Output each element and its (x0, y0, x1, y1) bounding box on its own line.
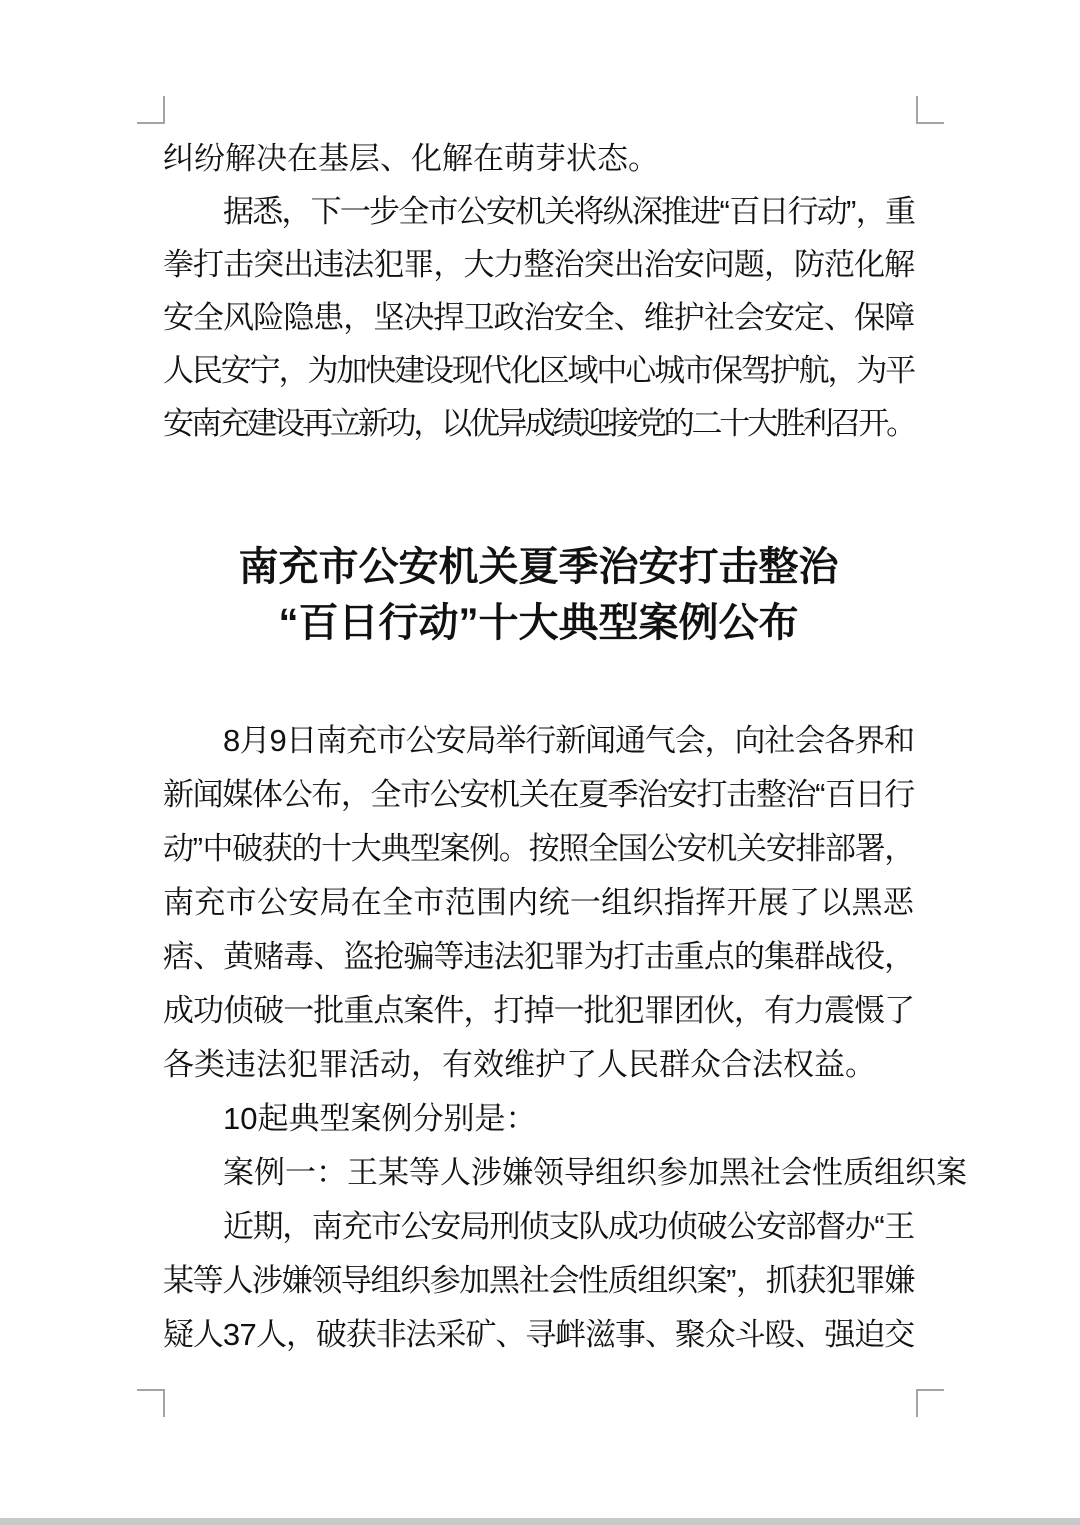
bottom-section: 8月9日南充市公安局举行新闻通气会，向社会各界和新闻媒体公布，全市公安机关在夏季… (163, 714, 914, 1362)
text-line: 疑人37人，破获非法采矿、寻衅滋事、聚众斗殴、强迫交 (163, 1308, 914, 1362)
bottom-edge-bar (0, 1518, 1080, 1525)
text-line: 拳打击突出违法犯罪，大力整治突出治安问题，防范化解 (163, 238, 914, 291)
text-line: 安南充建设再立新功，以优异成绩迎接党的二十大胜利召开。 (163, 397, 914, 450)
text-line: 案例一：王某等人涉嫌领导组织参加黑社会性质组织案 (163, 1146, 914, 1200)
paragraph: 8月9日南充市公安局举行新闻通气会，向社会各界和新闻媒体公布，全市公安机关在夏季… (163, 714, 914, 1092)
text-line: 成功侦破一批重点案件，打掉一批犯罪团伙，有力震慑了 (163, 984, 914, 1038)
text-line: 痞、黄赌毒、盗抢骗等违法犯罪为打击重点的集群战役， (163, 930, 914, 984)
paragraph: 纠纷解决在基层、化解在萌芽状态。 (163, 132, 914, 185)
text-line: 人民安宁，为加快建设现代化区域中心城市保驾护航，为平 (163, 344, 914, 397)
heading-line-2: “百日行动”十大典型案例公布 (163, 595, 914, 651)
document-heading: 南充市公安机关夏季治安打击整治 “百日行动”十大典型案例公布 (163, 539, 914, 651)
paragraph: 10起典型案例分别是： (163, 1092, 914, 1146)
text-line: 各类违法犯罪活动，有效维护了人民群众合法权益。 (163, 1038, 914, 1092)
text-line: 南充市公安局在全市范围内统一组织指挥开展了以黑恶 (163, 876, 914, 930)
text-line: 安全风险隐患，坚决捍卫政治安全、维护社会安定、保障 (163, 291, 914, 344)
text-line: 近期，南充市公安局刑侦支队成功侦破公安部督办“王 (163, 1200, 914, 1254)
text-line: 据悉，下一步全市公安机关将纵深推进“百日行动”，重 (163, 185, 914, 238)
top-section: 纠纷解决在基层、化解在萌芽状态。据悉，下一步全市公安机关将纵深推进“百日行动”，… (163, 132, 914, 450)
paragraph: 近期，南充市公安局刑侦支队成功侦破公安部督办“王某等人涉嫌领导组织参加黑社会性质… (163, 1200, 914, 1362)
text-line: 纠纷解决在基层、化解在萌芽状态。 (163, 132, 914, 185)
text-line: 动”中破获的十大典型案例。按照全国公安机关安排部署， (163, 822, 914, 876)
text-line: 8月9日南充市公安局举行新闻通气会，向社会各界和 (163, 714, 914, 768)
paragraph: 案例一：王某等人涉嫌领导组织参加黑社会性质组织案 (163, 1146, 914, 1200)
crop-mark-top-left-icon (137, 96, 165, 124)
crop-mark-bottom-left-icon (137, 1389, 165, 1417)
paragraph: 据悉，下一步全市公安机关将纵深推进“百日行动”，重拳打击突出违法犯罪，大力整治突… (163, 185, 914, 450)
text-line: 新闻媒体公布，全市公安机关在夏季治安打击整治“百日行 (163, 768, 914, 822)
text-line: 10起典型案例分别是： (163, 1092, 914, 1146)
crop-mark-bottom-right-icon (916, 1389, 944, 1417)
document-page[interactable]: 纠纷解决在基层、化解在萌芽状态。据悉，下一步全市公安机关将纵深推进“百日行动”，… (0, 0, 1080, 1525)
text-line: 某等人涉嫌领导组织参加黑社会性质组织案”，抓获犯罪嫌 (163, 1254, 914, 1308)
crop-mark-top-right-icon (916, 96, 944, 124)
heading-line-1: 南充市公安机关夏季治安打击整治 (163, 539, 914, 595)
